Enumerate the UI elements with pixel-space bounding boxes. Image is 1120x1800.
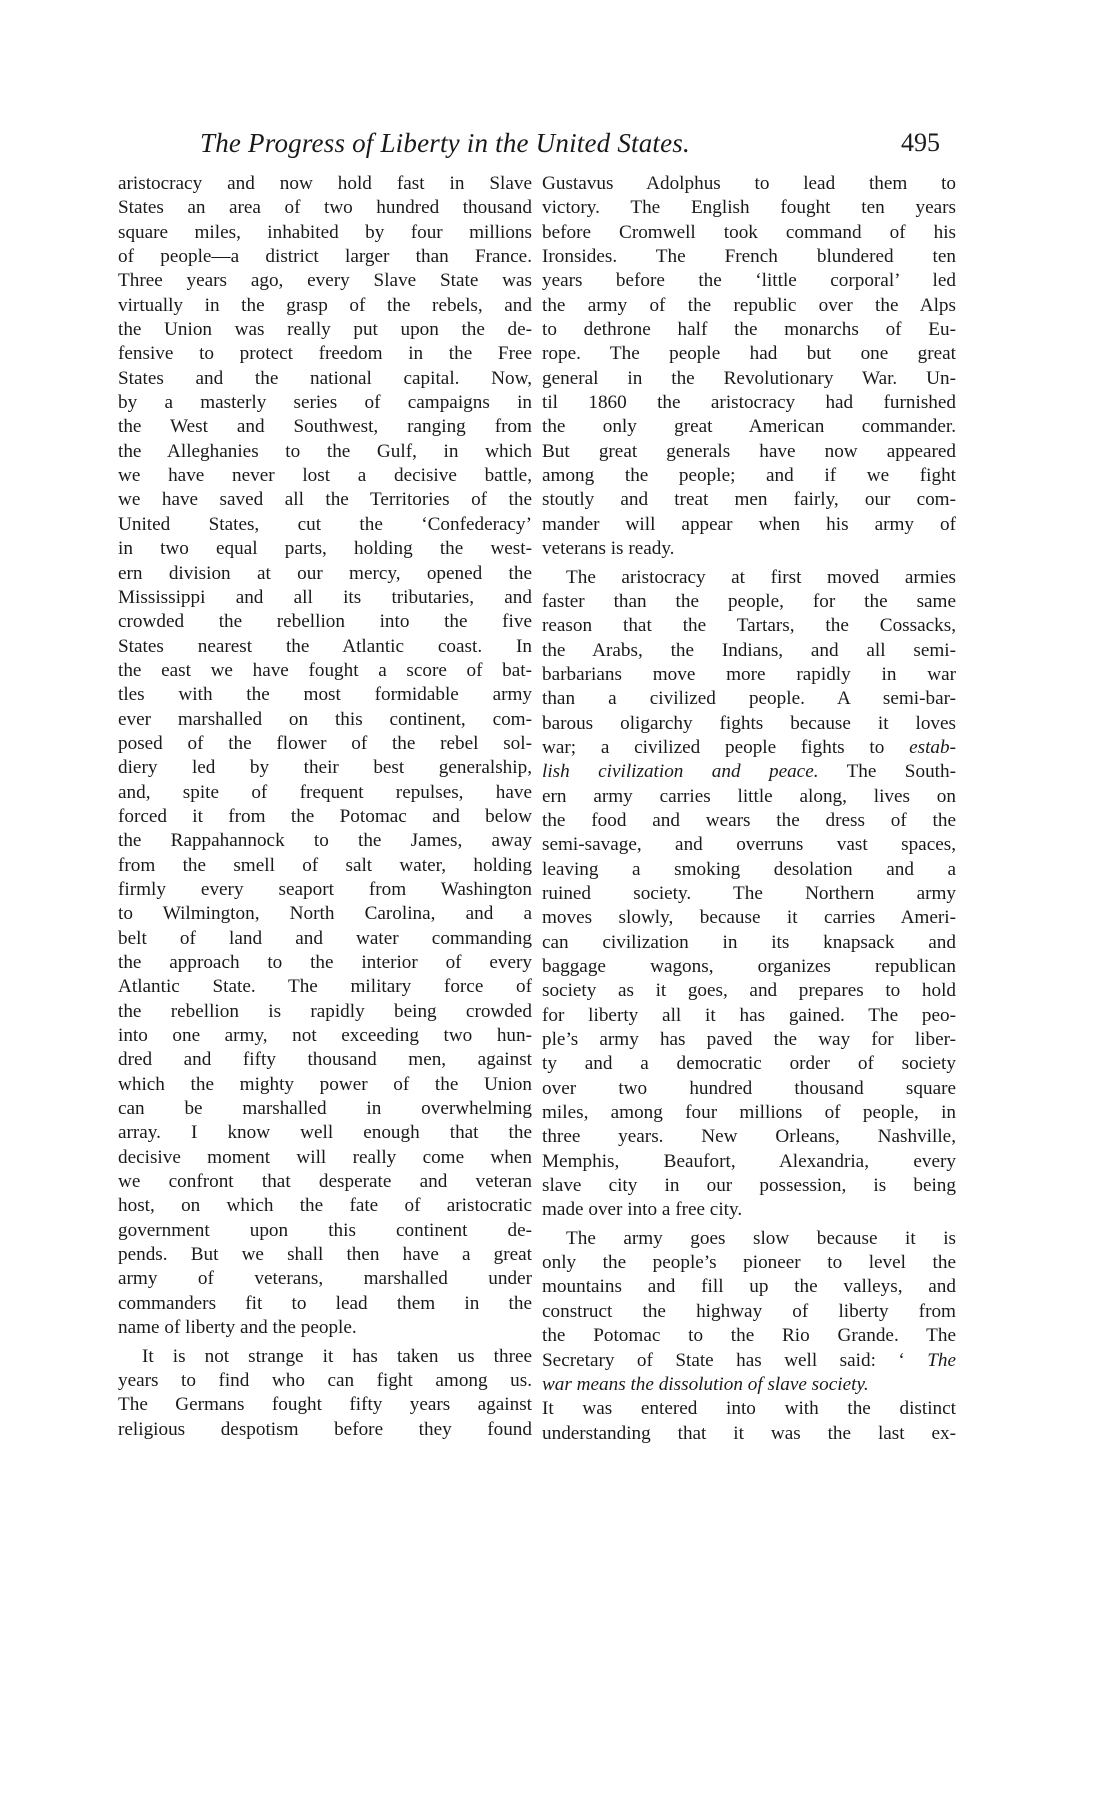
text-line: name of liberty and the people. xyxy=(118,1316,532,1340)
italic-text: lish civilization and peace. xyxy=(542,761,819,782)
text-run: The South- xyxy=(819,761,956,782)
text-line: from the smell of salt water, holding xyxy=(118,854,532,878)
text-line: three years. New Orleans, Nashville, xyxy=(542,1125,956,1149)
text-line: we have saved all the Territories of the xyxy=(118,488,532,512)
text-line: forced it from the Potomac and below xyxy=(118,805,532,829)
text-line: moves slowly, because it carries Ameri- xyxy=(542,906,956,930)
text-line: Atlantic State. The military force of xyxy=(118,975,532,999)
text-line: ty and a democratic order of society xyxy=(542,1052,956,1076)
text-line: of people—a district larger than France. xyxy=(118,245,532,269)
text-line: made over into a free city. xyxy=(542,1198,956,1222)
text-line: ever marshalled on this continent, com- xyxy=(118,708,532,732)
text-line: the West and Southwest, ranging from xyxy=(118,415,532,439)
text-line: miles, among four millions of people, in xyxy=(542,1101,956,1125)
text-line: general in the Revolutionary War. Un- xyxy=(542,367,956,391)
text-line: decisive moment will really come when xyxy=(118,1146,532,1170)
text-line: Gustavus Adolphus to lead them to xyxy=(542,172,956,196)
page-number: 495 xyxy=(901,128,940,158)
text-line: war means the dissolution of slave socie… xyxy=(542,1373,956,1397)
text-line: rope. The people had but one great xyxy=(542,342,956,366)
text-line: government upon this continent de- xyxy=(118,1219,532,1243)
text-line: the rebellion is rapidly being crowded xyxy=(118,1000,532,1024)
text-line: slave city in our possession, is being xyxy=(542,1174,956,1198)
text-run: war; a civilized people fights to xyxy=(542,737,909,758)
text-line: the east we have fought a score of bat- xyxy=(118,659,532,683)
text-line: posed of the flower of the rebel sol- xyxy=(118,732,532,756)
text-line: among the people; and if we fight xyxy=(542,464,956,488)
text-line: commanders fit to lead them in the xyxy=(118,1292,532,1316)
italic-text: estab- xyxy=(909,737,956,758)
text-line: crowded the rebellion into the five xyxy=(118,610,532,634)
text-line: years before the ‘little corporal’ led xyxy=(542,269,956,293)
text-line: we confront that desperate and veteran xyxy=(118,1170,532,1194)
text-line: construct the highway of liberty from xyxy=(542,1300,956,1324)
text-line: faster than the people, for the same xyxy=(542,590,956,614)
text-line: over two hundred thousand square xyxy=(542,1077,956,1101)
text-line: baggage wagons, organizes republican xyxy=(542,955,956,979)
right-column: Gustavus Adolphus to lead them tovictory… xyxy=(542,172,956,1446)
text-line: stoutly and treat men fairly, our com- xyxy=(542,488,956,512)
text-line: virtually in the grasp of the rebels, an… xyxy=(118,294,532,318)
text-line: the approach to the interior of every xyxy=(118,951,532,975)
running-head: The Progress of Liberty in the United St… xyxy=(200,128,940,164)
text-line: square miles, inhabited by four millions xyxy=(118,221,532,245)
text-line: in two equal parts, holding the west- xyxy=(118,537,532,561)
text-line: for liberty all it has gained. The peo- xyxy=(542,1004,956,1028)
text-line: firmly every seaport from Washington xyxy=(118,878,532,902)
document-page: The Progress of Liberty in the United St… xyxy=(0,0,1120,1800)
text-line: semi-savage, and overruns vast spaces, xyxy=(542,833,956,857)
text-line: which the mighty power of the Union xyxy=(118,1073,532,1097)
text-line: the Rappahannock to the James, away xyxy=(118,829,532,853)
text-line: war; a civilized people fights to estab- xyxy=(542,736,956,760)
text-line: leaving a smoking desolation and a xyxy=(542,858,956,882)
text-line: army of veterans, marshalled under xyxy=(118,1267,532,1291)
running-title: The Progress of Liberty in the United St… xyxy=(200,128,690,159)
text-line: States nearest the Atlantic coast. In xyxy=(118,635,532,659)
text-line: the Arabs, the Indians, and all semi- xyxy=(542,639,956,663)
text-line: the Potomac to the Rio Grande. The xyxy=(542,1324,956,1348)
text-line: and, spite of frequent repulses, have xyxy=(118,781,532,805)
text-line: ple’s army has paved the way for liber- xyxy=(542,1028,956,1052)
text-line: to Wilmington, North Carolina, and a xyxy=(118,902,532,926)
text-line: ern army carries little along, lives on xyxy=(542,785,956,809)
text-line: only the people’s pioneer to level the xyxy=(542,1251,956,1275)
text-line: host, on which the fate of aristocratic xyxy=(118,1194,532,1218)
text-line: aristocracy and now hold fast in Slave xyxy=(118,172,532,196)
text-line: religious despotism before they found xyxy=(118,1418,532,1442)
italic-text: war means the dissolution of slave socie… xyxy=(542,1374,869,1395)
text-line: veterans is ready. xyxy=(542,537,956,561)
text-line: we have never lost a decisive battle, xyxy=(118,464,532,488)
text-line: years to find who can fight among us. xyxy=(118,1369,532,1393)
text-line: dred and fifty thousand men, against xyxy=(118,1048,532,1072)
text-line: The aristocracy at first moved armies xyxy=(542,566,956,590)
text-line: Mississippi and all its tributaries, and xyxy=(118,586,532,610)
text-run: Secretary of State has well said: ‘ xyxy=(542,1350,927,1371)
text-line: States an area of two hundred thousand xyxy=(118,196,532,220)
text-line: understanding that it was the last ex- xyxy=(542,1422,956,1446)
text-line: States and the national capital. Now, xyxy=(118,367,532,391)
text-line: Three years ago, every Slave State was xyxy=(118,269,532,293)
text-line: mountains and fill up the valleys, and xyxy=(542,1275,956,1299)
text-line: before Cromwell took command of his xyxy=(542,221,956,245)
text-line: tles with the most formidable army xyxy=(118,683,532,707)
text-line: the Alleghanies to the Gulf, in which xyxy=(118,440,532,464)
text-line: It is not strange it has taken us three xyxy=(118,1345,532,1369)
text-line: ern division at our mercy, opened the xyxy=(118,562,532,586)
text-line: It was entered into with the distinct xyxy=(542,1397,956,1421)
text-line: barous oligarchy fights because it loves xyxy=(542,712,956,736)
text-line: The Germans fought fifty years against xyxy=(118,1393,532,1417)
text-line: lish civilization and peace. The South- xyxy=(542,760,956,784)
text-line: reason that the Tartars, the Cossacks, xyxy=(542,614,956,638)
text-line: the food and wears the dress of the xyxy=(542,809,956,833)
text-line: victory. The English fought ten years xyxy=(542,196,956,220)
text-line: mander will appear when his army of xyxy=(542,513,956,537)
text-line: belt of land and water commanding xyxy=(118,927,532,951)
text-line: pends. But we shall then have a great xyxy=(118,1243,532,1267)
text-line: into one army, not exceeding two hun- xyxy=(118,1024,532,1048)
text-line: the Union was really put upon the de- xyxy=(118,318,532,342)
text-line: United States, cut the ‘Confederacy’ xyxy=(118,513,532,537)
text-line: can be marshalled in overwhelming xyxy=(118,1097,532,1121)
text-line: the army of the republic over the Alps xyxy=(542,294,956,318)
text-line: the only great American commander. xyxy=(542,415,956,439)
text-line: Ironsides. The French blundered ten xyxy=(542,245,956,269)
text-line: ruined society. The Northern army xyxy=(542,882,956,906)
text-line: The army goes slow because it is xyxy=(542,1227,956,1251)
text-line: can civilization in its knapsack and xyxy=(542,931,956,955)
text-line: Secretary of State has well said: ‘ The xyxy=(542,1349,956,1373)
text-line: to dethrone half the monarchs of Eu- xyxy=(542,318,956,342)
text-line: til 1860 the aristocracy had furnished xyxy=(542,391,956,415)
text-line: by a masterly series of campaigns in xyxy=(118,391,532,415)
text-line: barbarians move more rapidly in war xyxy=(542,663,956,687)
text-line: diery led by their best generalship, xyxy=(118,756,532,780)
text-line: array. I know well enough that the xyxy=(118,1121,532,1145)
text-line: than a civilized people. A semi-bar- xyxy=(542,687,956,711)
left-column: aristocracy and now hold fast in SlaveSt… xyxy=(118,172,532,1442)
text-line: Memphis, Beaufort, Alexandria, every xyxy=(542,1150,956,1174)
italic-text: The xyxy=(927,1350,956,1371)
text-line: But great generals have now appeared xyxy=(542,440,956,464)
text-line: fensive to protect freedom in the Free xyxy=(118,342,532,366)
text-line: society as it goes, and prepares to hold xyxy=(542,979,956,1003)
